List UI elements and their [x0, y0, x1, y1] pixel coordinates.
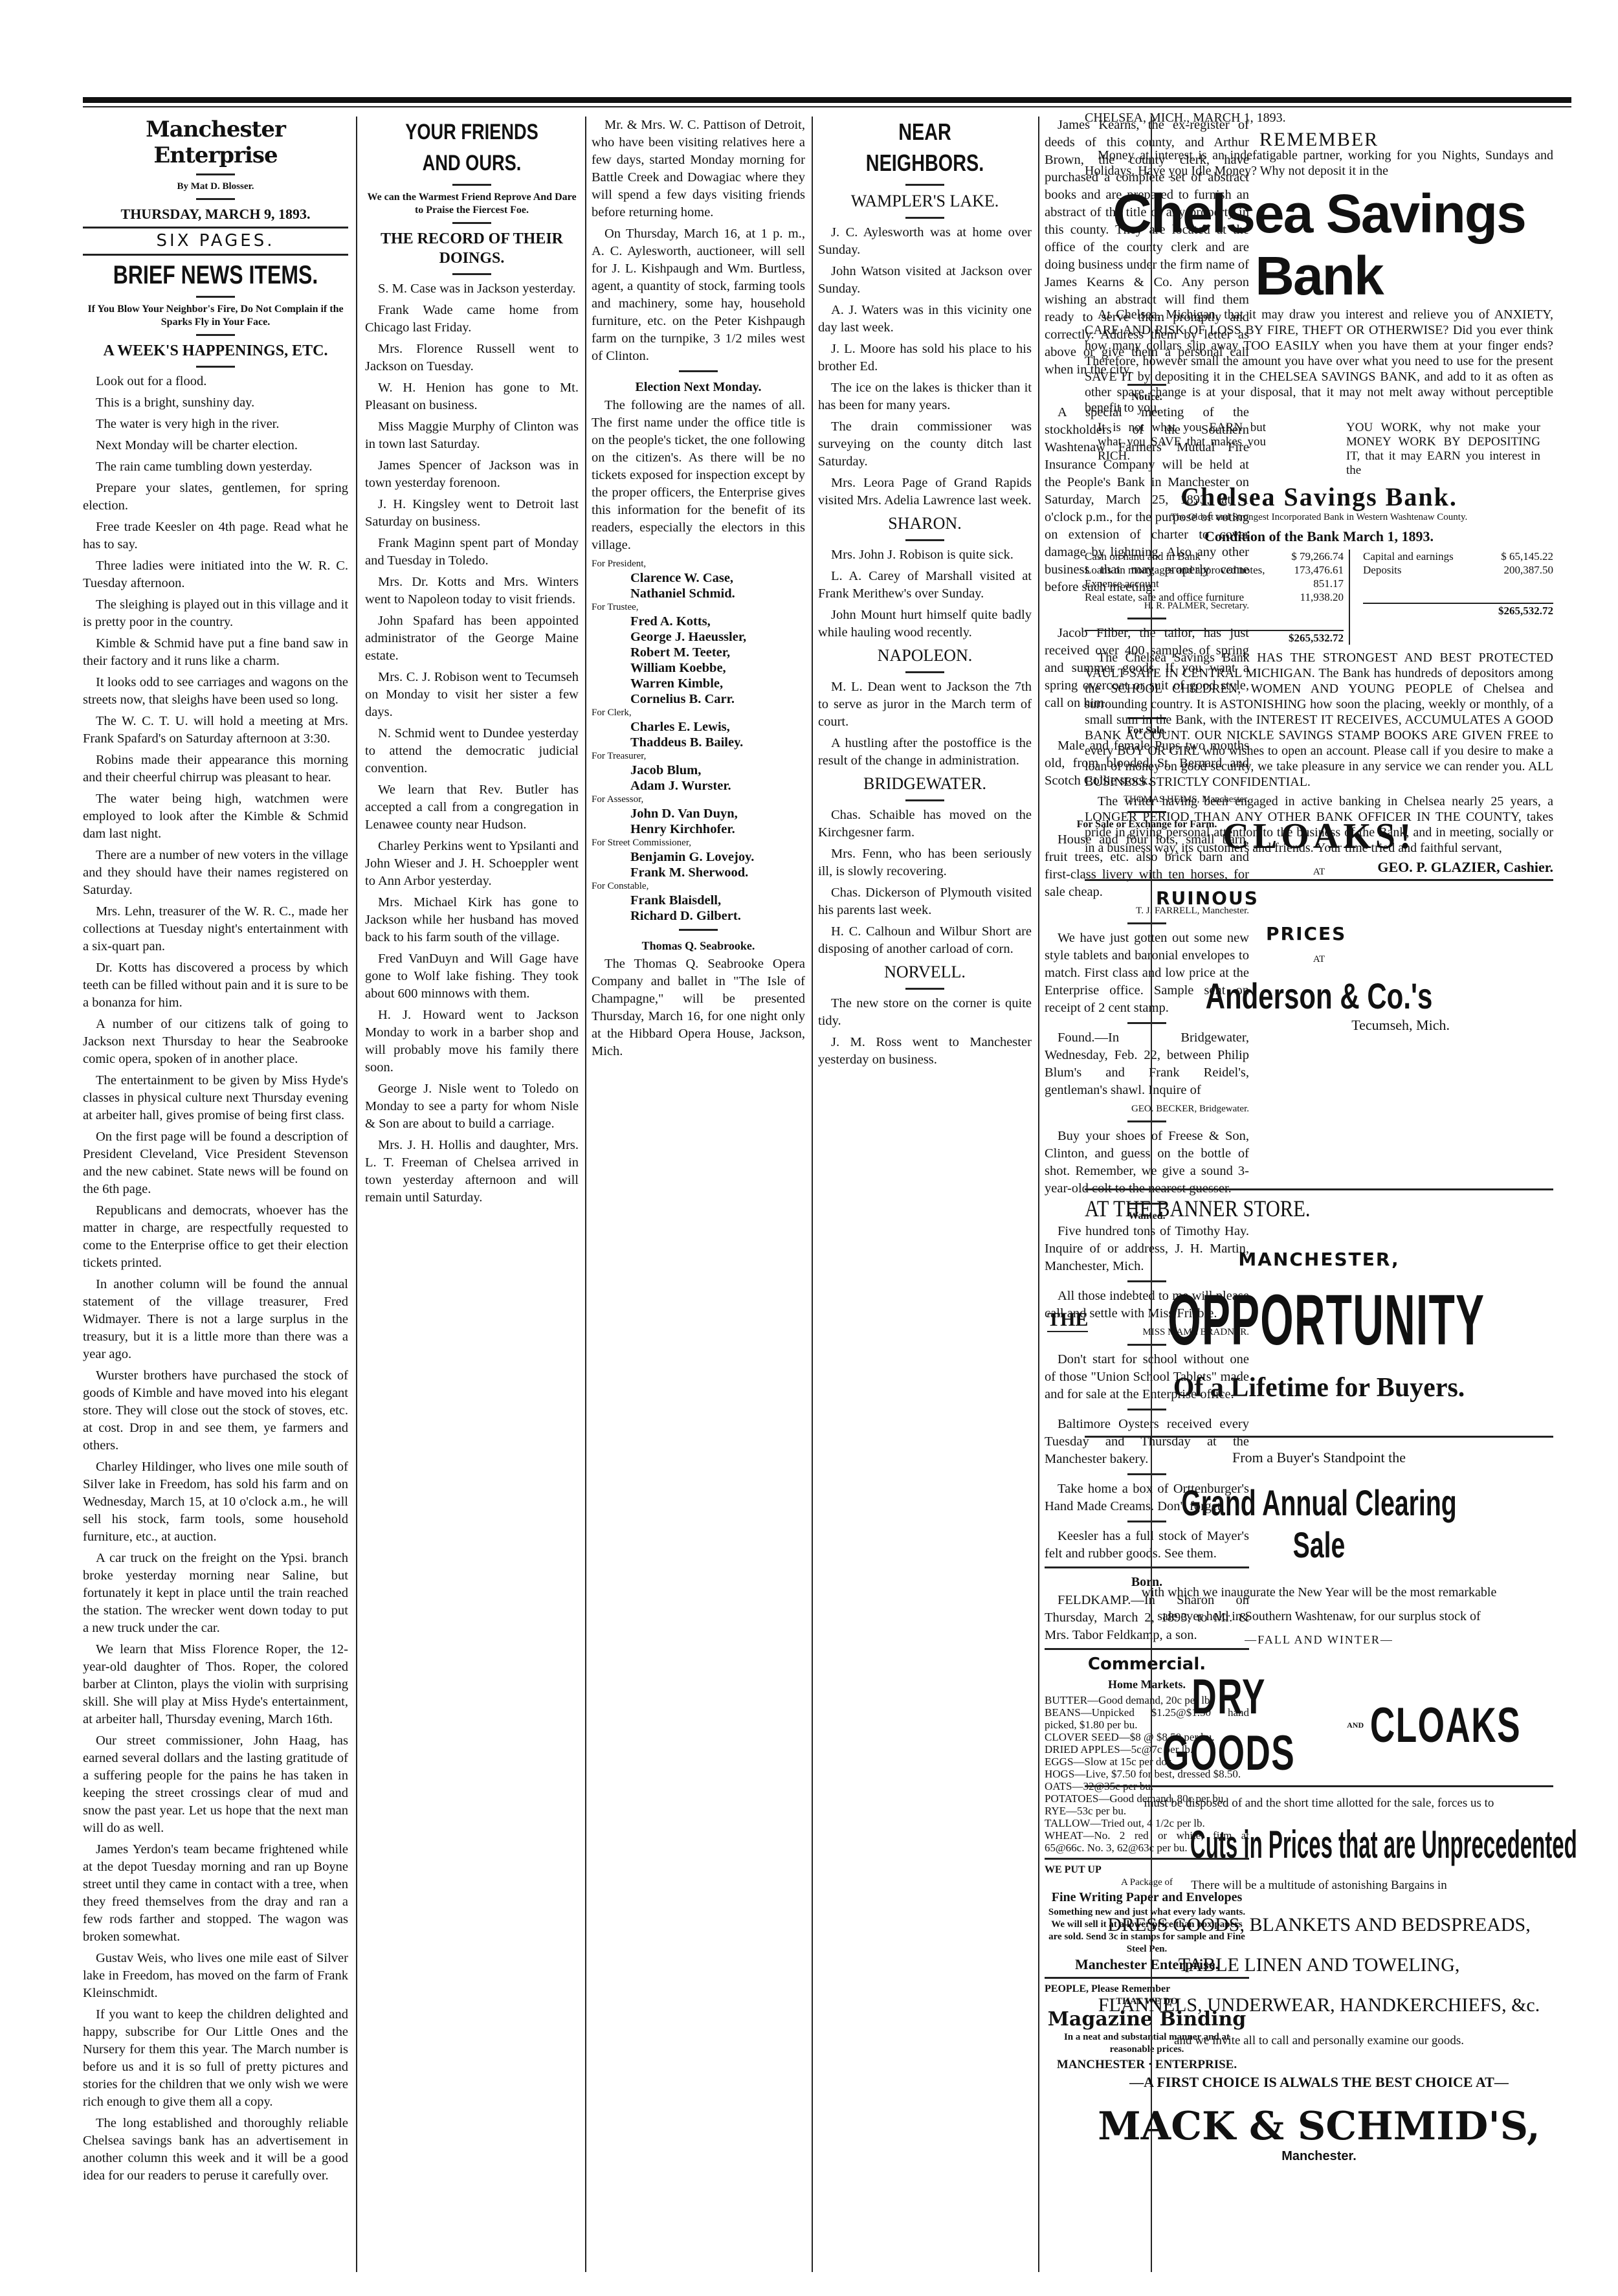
- news-item: John Watson visited at Jackson over Sund…: [818, 263, 1032, 298]
- divider: [452, 273, 491, 275]
- banner-the: THE: [1047, 1309, 1088, 1332]
- bank-motto-left: It is not what you EARN but what you SAV…: [1098, 421, 1266, 478]
- news-item: W. H. Henion has gone to Mt. Pleasant on…: [365, 379, 579, 414]
- column-divider: [1038, 117, 1039, 2272]
- section-title: NAPOLEON.: [818, 645, 1032, 666]
- news-item: Republicans and democrats, whoever has t…: [83, 1202, 348, 1272]
- news-item: On the first page will be found a descri…: [83, 1128, 348, 1198]
- top-rule-thin: [83, 106, 1571, 107]
- news-item: The rain came tumbling down yesterday.: [83, 458, 348, 476]
- news-item: A car truck on the freight on the Ypsi. …: [83, 1550, 348, 1637]
- bank-dateline: CHELSEA, MICH., MARCH 1, 1893.: [1085, 110, 1553, 126]
- cloaks-store: Anderson & Co.'s: [1144, 975, 1495, 1017]
- column-election: Mr. & Mrs. W. C. Pattison of Detroit, wh…: [592, 117, 805, 2272]
- seabrooke-heading: Thomas Q. Seabrooke.: [592, 936, 805, 955]
- column-friends: YOUR FRIENDS AND OURS. We can the Warmes…: [365, 117, 579, 2272]
- statement-label: Deposits: [1363, 563, 1402, 577]
- news-item: We learn that Miss Florence Roper, the 1…: [83, 1641, 348, 1728]
- masthead-date: THURSDAY, MARCH 9, 1893.: [83, 205, 348, 223]
- news-item: A hustling after the postoffice is the r…: [818, 735, 1032, 770]
- statement-total: $265,532.72: [1085, 630, 1344, 645]
- notice-text: Found.—In Bridgewater, Wednesday, Feb. 2…: [1045, 1029, 1249, 1099]
- bank-liabilities: Capital and earnings$ 65,145.22Deposits2…: [1363, 550, 1553, 645]
- cloaks-town: Tecumseh, Mich.: [1085, 1017, 1553, 1034]
- section-heading: NEAR NEIGHBORS.: [839, 117, 1010, 179]
- news-item: Mrs. Florence Russell went to Jackson on…: [365, 340, 579, 375]
- bank-remember: REMEMBER: [1085, 132, 1553, 148]
- news-item: James Yerdon's team became frightened wh…: [83, 1841, 348, 1946]
- banner-choice: —A FIRST CHOICE IS ALWALS THE BEST CHOIC…: [1085, 2074, 1553, 2091]
- statement-row: Expense account851.17: [1085, 577, 1344, 590]
- divider: [905, 539, 944, 541]
- candidate-list: For President,Clarence W. Case,Nathaniel…: [592, 558, 805, 924]
- candidate-name: Frank M. Sherwood.: [592, 865, 805, 880]
- cloaks-ruinous: RUINOUS: [1085, 887, 1553, 909]
- news-item: Mrs. Michael Kirk has gone to Jackson wh…: [365, 894, 579, 946]
- column-brief-news: Manchester Enterprise By Mat D. Blosser.…: [83, 117, 348, 2272]
- section-title: WAMPLER'S LAKE.: [818, 191, 1032, 212]
- news-item: Mrs. Fenn, who has been seriously ill, i…: [818, 845, 1032, 880]
- banner-sale: Grand Annual Clearing Sale: [1155, 1482, 1483, 1566]
- news-item: We learn that Rev. Butler has accepted a…: [365, 781, 579, 834]
- statement-label: Cash on hand and in Bank: [1085, 550, 1201, 563]
- candidate-name: Jacob Blum,: [592, 763, 805, 778]
- divider: [905, 671, 944, 673]
- section-subheading: THE RECORD OF THEIR DOINGS.: [365, 229, 579, 268]
- statement-value: 200,387.50: [1504, 563, 1554, 577]
- bargain-item: FLANNELS, UNDERWEAR, HANDKERCHIEFS, &c.: [1085, 1992, 1553, 2018]
- news-item: A number of our citizens talk of going t…: [83, 1016, 348, 1068]
- office-title: For Trustee,: [592, 601, 805, 614]
- news-item: M. L. Dean went to Jackson the 7th to se…: [818, 678, 1032, 731]
- election-heading: Election Next Monday.: [592, 377, 805, 397]
- statement-label: Expense account: [1085, 577, 1159, 590]
- local-items: Mr. & Mrs. W. C. Pattison of Detroit, wh…: [592, 117, 805, 365]
- divider: [196, 366, 235, 368]
- divider: [452, 184, 491, 186]
- section-title: SHARON.: [818, 513, 1032, 534]
- news-item: J. L. Moore has sold his place to his br…: [818, 340, 1032, 375]
- news-item: The entertainment to be given by Miss Hy…: [83, 1072, 348, 1124]
- news-item: Mrs. C. J. Robison went to Tecumseh on M…: [365, 669, 579, 721]
- news-item: The water is very high in the river.: [83, 416, 348, 433]
- banner-town: MANCHESTER,: [1085, 1249, 1553, 1270]
- divider: [1127, 1120, 1166, 1122]
- news-item: There are a number of new voters in the …: [83, 847, 348, 899]
- news-item: The water being high, watchmen were empl…: [83, 790, 348, 843]
- bank-condition-title: Condition of the Bank March 1, 1893.: [1085, 529, 1553, 544]
- bank-name-secondary: Chelsea Savings Bank.: [1085, 483, 1553, 511]
- news-item: Miss Maggie Murphy of Clinton was in tow…: [365, 418, 579, 453]
- column-divider: [356, 117, 357, 2272]
- candidate-name: George J. Haeussler,: [592, 629, 805, 645]
- news-item: Next Monday will be charter election.: [83, 437, 348, 454]
- bank-name: Chelsea Savings Bank: [1085, 183, 1553, 307]
- news-item: A. J. Waters was in this vicinity one da…: [818, 302, 1032, 337]
- news-item: J. C. Aylesworth was at home over Sunday…: [818, 224, 1032, 259]
- news-item: The ice on the lakes is thicker than it …: [818, 379, 1032, 414]
- news-item: L. A. Carey of Marshall visited at Frank…: [818, 568, 1032, 603]
- chelsea-savings-bank-ad: CHELSEA, MICH., MARCH 1, 1893. REMEMBER …: [1085, 110, 1553, 885]
- news-item: Fred VanDuyn and Will Gage have gone to …: [365, 950, 579, 1003]
- divider: [679, 929, 718, 931]
- news-item: This is a bright, sunshiny day.: [83, 394, 348, 412]
- divider: [1085, 1436, 1553, 1438]
- news-item: Our street commissioner, John Haag, has …: [83, 1732, 348, 1837]
- banner-store-ad: AT THE BANNER STORE. MANCHESTER, THE OPP…: [1085, 1185, 1553, 2164]
- divider: [196, 198, 235, 200]
- candidate-name: Charles E. Lewis,: [592, 719, 805, 735]
- news-item: Wurster brothers have purchased the stoc…: [83, 1367, 348, 1455]
- statement-row: Cash on hand and in Bank$ 79,266.74: [1085, 550, 1344, 563]
- candidate-name: Henry Kirchhofer.: [592, 821, 805, 837]
- news-item: Kimble & Schmid have put a fine band saw…: [83, 635, 348, 670]
- banner-headline: OPPORTUNITY: [1168, 1282, 1485, 1359]
- news-item: Chas. Dickerson of Plymouth visited his …: [818, 884, 1032, 919]
- news-item: Gustav Weis, who lives one mile east of …: [83, 1950, 348, 2002]
- cloaks-title: CLOAKS!: [1085, 816, 1553, 857]
- section-heading: BRIEF NEWS ITEMS.: [109, 260, 322, 291]
- cloaks-at: AT: [1085, 866, 1553, 878]
- news-item: Mrs. John J. Robison is quite sick.: [818, 546, 1032, 564]
- neighbor-sections: WAMPLER'S LAKE.J. C. Aylesworth was at h…: [818, 191, 1032, 1069]
- candidate-name: Adam J. Wurster.: [592, 778, 805, 794]
- news-item: The long established and thoroughly reli…: [83, 2115, 348, 2185]
- statement-label: Loans on mortgages and approved notes,: [1085, 563, 1265, 577]
- bargain-item: DRESS GOODS, BLANKETS AND BEDSPREADS,: [1085, 1912, 1553, 1938]
- divider: [905, 799, 944, 801]
- news-item: H. C. Calhoun and Wilbur Short are dispo…: [818, 923, 1032, 958]
- news-item: It looks odd to see carriages and wagons…: [83, 674, 348, 709]
- cloaks-prices: PRICES: [1085, 923, 1553, 944]
- news-item: Dr. Kotts has discovered a process by wh…: [83, 959, 348, 1012]
- statement-value: $ 79,266.74: [1291, 550, 1344, 563]
- news-item: Free trade Keesler on 4th page. Read wha…: [83, 518, 348, 553]
- news-item: Frank Wade came home from Chicago last F…: [365, 302, 579, 337]
- banner-cuts: Cuts in Prices that are Unprecedented: [1190, 1822, 1448, 1867]
- column-near-neighbors: NEAR NEIGHBORS. WAMPLER'S LAKE.J. C. Ayl…: [818, 117, 1032, 2272]
- statement-row: Loans on mortgages and approved notes,17…: [1085, 563, 1344, 577]
- masthead-title: Manchester Enterprise: [83, 117, 348, 168]
- column-divider: [812, 117, 813, 2272]
- masthead-byline: By Mat D. Blosser.: [83, 181, 348, 193]
- news-item: Frank Maginn spent part of Monday and Tu…: [365, 535, 579, 570]
- news-item: S. M. Case was in Jackson yesterday.: [365, 280, 579, 298]
- news-item: Robins made their appearance this mornin…: [83, 752, 348, 786]
- cloaks-ad: CLOAKS! AT RUINOUS PRICES AT Anderson & …: [1085, 816, 1553, 1034]
- divider: [83, 254, 348, 256]
- news-item: J. H. Kingsley went to Detroit last Satu…: [365, 496, 579, 531]
- office-title: For President,: [592, 558, 805, 570]
- news-items: Look out for a flood.This is a bright, s…: [83, 373, 348, 2185]
- candidate-name: John D. Van Duyn,: [592, 806, 805, 821]
- candidate-name: Clarence W. Case,: [592, 570, 805, 586]
- banner-and: AND: [1347, 1721, 1364, 1730]
- news-item: Look out for a flood.: [83, 373, 348, 390]
- section-title: BRIDGEWATER.: [818, 774, 1032, 794]
- candidate-name: Frank Blaisdell,: [592, 893, 805, 908]
- section-subheading: A WEEK'S HAPPENINGS, ETC.: [83, 341, 348, 361]
- personal-items: S. M. Case was in Jackson yesterday.Fran…: [365, 280, 579, 1207]
- divider: [1085, 1785, 1553, 1787]
- office-title: For Treasurer,: [592, 750, 805, 763]
- banner-multitude: There will be a multitude of astonishing…: [1085, 1878, 1553, 1893]
- bank-tagline: The Oldest and Strongest Incorporated Ba…: [1085, 511, 1553, 524]
- divider: [679, 370, 718, 372]
- election-intro: The following are the names of all. The …: [592, 397, 805, 554]
- news-item: Mrs. Lehn, treasurer of the W. R. C., ma…: [83, 903, 348, 955]
- bank-motto-right: YOU WORK, why not make your MONEY WORK B…: [1346, 421, 1540, 478]
- office-title: For Clerk,: [592, 707, 805, 719]
- news-item: Mr. & Mrs. W. C. Pattison of Detroit, wh…: [592, 117, 805, 221]
- banner-invite: and we invite all to call and personally…: [1085, 2034, 1553, 2048]
- candidate-name: Cornelius B. Carr.: [592, 691, 805, 707]
- divider: [83, 227, 348, 228]
- section-heading: YOUR FRIENDS AND OURS.: [386, 117, 557, 179]
- divider: [196, 173, 235, 175]
- news-item: Mrs. J. H. Hollis and daughter, Mrs. L. …: [365, 1137, 579, 1207]
- banner-line2: sale ever held in Southern Washtenaw, fo…: [1085, 1609, 1553, 1624]
- news-item: Charley Perkins went to Ypsilanti and Jo…: [365, 838, 579, 890]
- news-item: Charley Hildinger, who lives one mile so…: [83, 1458, 348, 1546]
- banner-standpoint: From a Buyer's Standpoint the: [1085, 1449, 1553, 1466]
- statement-row: Capital and earnings$ 65,145.22: [1363, 550, 1553, 563]
- news-item: James Spencer of Jackson was in town yes…: [365, 457, 579, 492]
- news-item: Prepare your slates, gentlemen, for spri…: [83, 480, 348, 515]
- office-title: For Assessor,: [592, 794, 805, 806]
- statement-row: Deposits200,387.50: [1363, 563, 1553, 577]
- banner-dry-goods: DRY GOODS: [1128, 1669, 1330, 1781]
- top-rule: [83, 97, 1571, 103]
- divider: [452, 222, 491, 224]
- news-item: The sleighing is played out in this vill…: [83, 596, 348, 631]
- banner-line1: with which we inaugurate the New Year wi…: [1085, 1585, 1553, 1600]
- cloaks-at2: AT: [1085, 953, 1553, 966]
- candidate-name: Benjamin G. Lovejoy.: [592, 849, 805, 865]
- statement-value: $ 65,145.22: [1501, 550, 1553, 563]
- statement-value: 851.17: [1313, 577, 1344, 590]
- news-item: John Spafard has been appointed administ…: [365, 612, 579, 665]
- statement-label: Real estate, safe and office furniture: [1085, 590, 1244, 604]
- divider: [196, 296, 235, 298]
- divider: [196, 334, 235, 336]
- masthead-pages: SIX PAGES.: [83, 232, 348, 250]
- candidate-name: Nathaniel Schmid.: [592, 586, 805, 601]
- news-item: Mrs. Leora Page of Grand Rapids visited …: [818, 474, 1032, 509]
- bank-intro: Money at interest is an indefatigable pa…: [1085, 148, 1553, 179]
- office-title: For Street Commissioner,: [592, 837, 805, 849]
- banner-subtitle: Of a Lifetime for Buyers.: [1085, 1372, 1553, 1403]
- notice-signature: GEO. BECKER, Bridgewater.: [1045, 1103, 1249, 1115]
- section-title: NORVELL.: [818, 962, 1032, 983]
- bargain-item: TABLE LINEN AND TOWELING,: [1085, 1952, 1553, 1978]
- news-item: H. J. Howard went to Jackson Monday to w…: [365, 1007, 579, 1076]
- column-divider: [585, 117, 586, 2272]
- candidate-name: Thaddeus B. Bailey.: [592, 735, 805, 750]
- news-item: The drain commissioner was surveying on …: [818, 418, 1032, 471]
- news-item: In another column will be found the annu…: [83, 1276, 348, 1363]
- banner-dispose: must be disposed of and the short time a…: [1085, 1796, 1553, 1811]
- news-item: The new store on the corner is quite tid…: [818, 995, 1032, 1030]
- banner-items: DRESS GOODS, BLANKETS AND BEDSPREADS,TAB…: [1085, 1912, 1553, 2018]
- section-deck: We can the Warmest Friend Reprove And Da…: [365, 191, 579, 217]
- statement-row: Real estate, safe and office furniture11…: [1085, 590, 1344, 604]
- news-item: On Thursday, March 16, at 1 p. m., A. C.…: [592, 225, 805, 365]
- bank-assets: Cash on hand and in Bank$ 79,266.74Loans…: [1085, 550, 1350, 645]
- divider: [905, 217, 944, 219]
- statement-value: 11,938.20: [1300, 590, 1344, 604]
- section-deck: If You Blow Your Neighbor's Fire, Do Not…: [83, 303, 348, 329]
- news-item: George J. Nisle went to Toledo on Monday…: [365, 1080, 579, 1133]
- divider: [905, 988, 944, 990]
- bank-body: At Chelsea, Michigan, that it may draw y…: [1085, 307, 1553, 416]
- seabrooke-text: The Thomas Q. Seabrooke Opera Company an…: [592, 955, 805, 1060]
- statement-label: Capital and earnings: [1363, 550, 1454, 563]
- news-item: The W. C. T. U. will hold a meeting at M…: [83, 713, 348, 748]
- candidate-name: Fred A. Kotts,: [592, 614, 805, 629]
- banner-firm-town: Manchester.: [1085, 2149, 1553, 2164]
- statement-value: 173,476.61: [1294, 563, 1344, 577]
- candidate-name: Warren Kimble,: [592, 676, 805, 691]
- statement-total: $265,532.72: [1363, 603, 1553, 618]
- news-item: Chas. Schaible has moved on the Kirchges…: [818, 807, 1032, 841]
- candidate-name: Richard D. Gilbert.: [592, 908, 805, 924]
- news-item: Three ladies were initiated into the W. …: [83, 557, 348, 592]
- divider: [1085, 1188, 1553, 1190]
- news-item: Mrs. Dr. Kotts and Mrs. Winters went to …: [365, 574, 579, 608]
- banner-season: —FALL AND WINTER—: [1085, 1633, 1553, 1647]
- news-item: N. Schmid went to Dundee yesterday to at…: [365, 725, 579, 777]
- candidate-name: Robert M. Teeter,: [592, 645, 805, 660]
- bank-statement: Cash on hand and in Bank$ 79,266.74Loans…: [1085, 550, 1553, 645]
- bank-vault-text: The Chelsea Savings Bank HAS THE STRONGE…: [1085, 650, 1553, 790]
- news-item: J. M. Ross went to Manchester yesterday …: [818, 1034, 1032, 1069]
- news-item: John Mount hurt himself quite badly whil…: [818, 607, 1032, 641]
- office-title: For Constable,: [592, 880, 805, 893]
- divider: [905, 184, 944, 186]
- candidate-name: William Koebbe,: [592, 660, 805, 676]
- banner-firm: MACK & SCHMID'S,: [1085, 2104, 1553, 2149]
- news-item: If you want to keep the children delight…: [83, 2006, 348, 2111]
- banner-top: AT THE BANNER STORE.: [1085, 1194, 1483, 1223]
- banner-cloaks: CLOAKS: [1370, 1697, 1521, 1754]
